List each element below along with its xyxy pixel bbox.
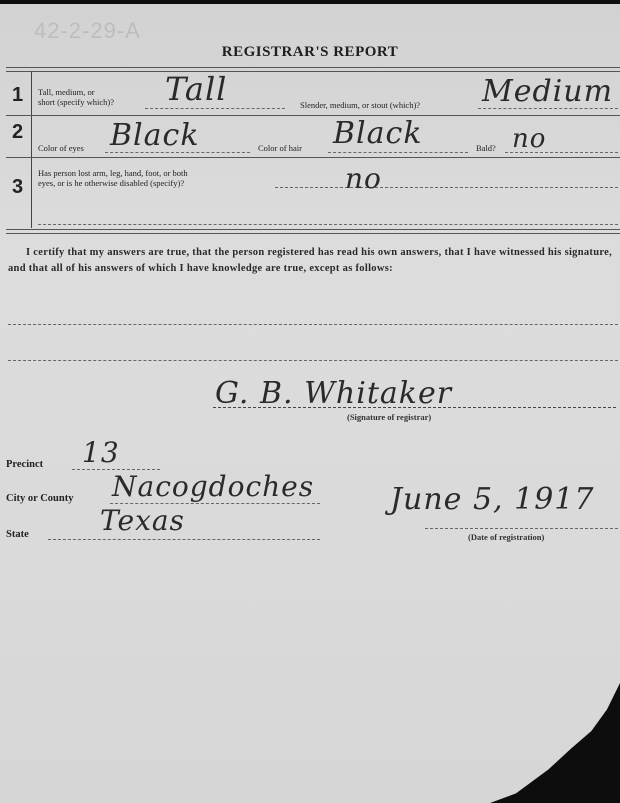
height-label-line2: short (specify which)?	[38, 97, 114, 107]
page-title: REGISTRAR'S REPORT	[0, 44, 620, 61]
row-number-divider	[31, 71, 32, 228]
eye-color-label: Color of eyes	[38, 143, 84, 153]
hair-color-label: Color of hair	[258, 143, 302, 153]
bald-field[interactable]: no	[512, 124, 546, 154]
disability-line-2	[38, 224, 618, 225]
state-field[interactable]: Texas	[100, 504, 185, 537]
row-3-number: 3	[12, 176, 23, 199]
build-label: Slender, medium, or stout (which)?	[300, 100, 420, 110]
row-1-divider	[6, 115, 620, 116]
disability-label: Has person lost arm, leg, hand, foot, or…	[38, 168, 188, 188]
registrar-signature[interactable]: G. B. Whitaker	[215, 376, 452, 411]
height-field[interactable]: Tall	[165, 70, 227, 108]
city-county-label: City or County	[6, 493, 73, 504]
height-line	[145, 108, 285, 109]
exceptions-line-1[interactable]	[8, 324, 618, 325]
date-caption: (Date of registration)	[468, 532, 544, 542]
disability-label-line2: eyes, or is he otherwise disabled (speci…	[38, 178, 188, 188]
torn-corner	[490, 683, 620, 803]
exceptions-line-2[interactable]	[8, 360, 618, 361]
hair-color-line	[328, 152, 468, 153]
height-label: Tall, medium, or short (specify which)?	[38, 87, 114, 107]
build-field[interactable]: Medium	[482, 74, 613, 109]
precinct-label: Precinct	[6, 459, 43, 470]
eye-color-field[interactable]: Black	[110, 118, 200, 153]
hair-color-field[interactable]: Black	[333, 116, 423, 151]
disability-label-line1: Has person lost arm, leg, hand, foot, or…	[38, 168, 188, 178]
date-line	[425, 528, 618, 529]
disability-line	[275, 187, 618, 188]
bald-label: Bald?	[476, 143, 496, 153]
row-2-number: 2	[12, 121, 23, 144]
disability-field[interactable]: no	[345, 162, 382, 195]
height-label-line1: Tall, medium, or	[38, 87, 114, 97]
signature-line	[213, 407, 616, 408]
registration-date-field[interactable]: June 5, 1917	[390, 482, 594, 517]
row-2-divider	[6, 157, 620, 158]
state-line	[48, 539, 320, 540]
state-label: State	[6, 529, 29, 540]
precinct-field[interactable]: 13	[82, 436, 120, 469]
table-bottom-rule	[6, 229, 620, 234]
top-rule	[6, 67, 620, 72]
certification-text: I certify that my answers are true, that…	[8, 245, 612, 277]
city-county-field[interactable]: Nacogdoches	[112, 470, 314, 503]
signature-caption: (Signature of registrar)	[347, 412, 431, 422]
file-stamp: 42-2-29-A	[34, 18, 141, 44]
registrar-report-card: 42-2-29-A REGISTRAR'S REPORT 1 Tall, med…	[0, 4, 620, 803]
row-1-number: 1	[12, 84, 23, 107]
